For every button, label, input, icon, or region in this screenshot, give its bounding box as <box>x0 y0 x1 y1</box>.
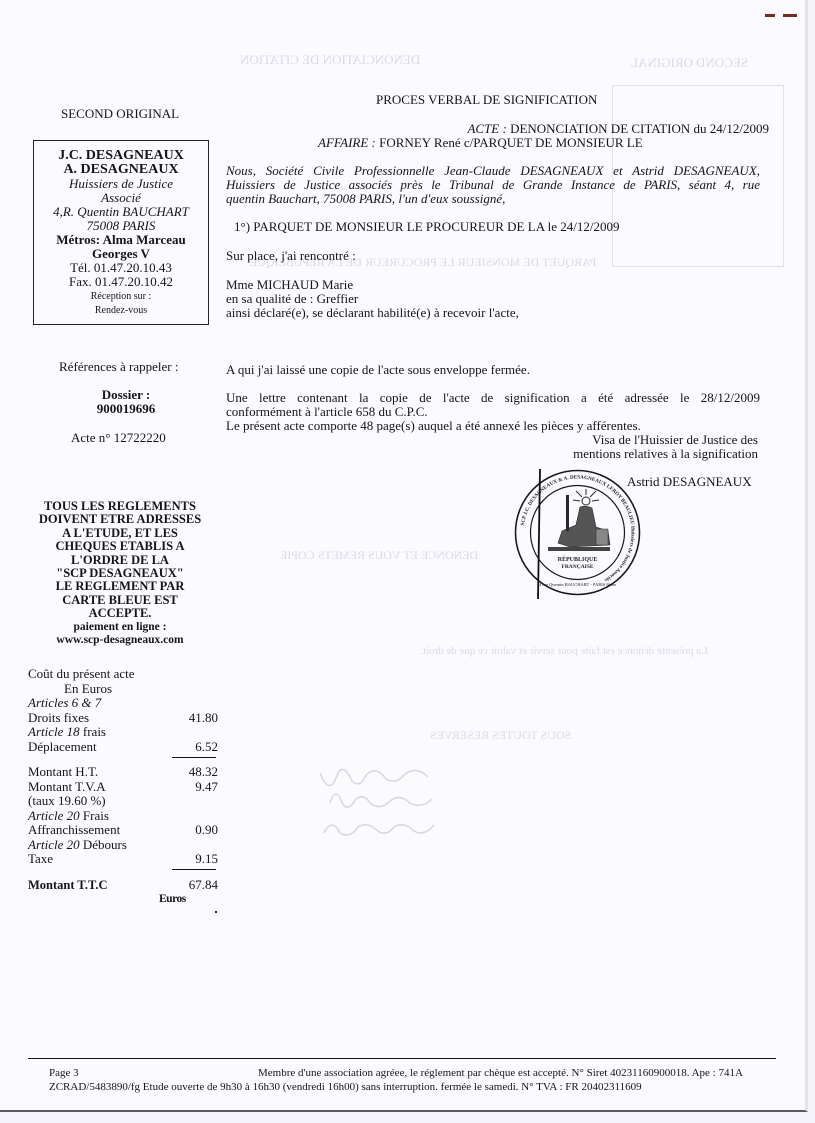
subtotal-rule <box>172 757 216 758</box>
office-name-1: J.C. DESAGNEAUX <box>34 149 208 163</box>
cost-row-value <box>168 794 218 809</box>
office-phone: Tél. 01.47.20.10.43 <box>34 261 208 275</box>
references-label: Références à rappeler : <box>59 360 178 374</box>
payment-notice-line: CHEQUES ETABLIS A <box>20 540 220 553</box>
pages-line: Le présent acte comporte 48 page(s) auqu… <box>226 419 760 433</box>
footer-rule <box>28 1058 776 1059</box>
recipient-declared: ainsi déclaré(e), se déclarant habilité(… <box>226 306 519 320</box>
visa-line: Visa de l'Huissier de Justice des <box>470 433 758 447</box>
corner-mark <box>765 14 775 17</box>
acte-number: Acte n° 12722220 <box>71 431 166 445</box>
payment-notice: TOUS LES REGLEMENTS DOIVENT ETRE ADRESSE… <box>20 500 220 647</box>
payment-notice-line: CARTE BLEUE EST <box>20 594 220 607</box>
cost-row-label: Déplacement <box>28 740 97 755</box>
footer-page: Page 3 <box>49 1067 79 1080</box>
handwritten-bleed-icon <box>300 755 600 845</box>
cost-row-label: Montant T.V.A <box>28 780 106 795</box>
online-payment-label: paiement en ligne : <box>20 621 220 634</box>
footer-line-1: Membre d'une association agréee, le régl… <box>258 1067 743 1080</box>
payment-notice-line: ACCEPTE. <box>20 607 220 620</box>
office-name-2: A. DESAGNEAUX <box>34 163 208 177</box>
cost-total-label: Montant T.T.C <box>28 878 108 893</box>
website-link[interactable]: www.scp-desagneaux.com <box>20 634 220 647</box>
cost-total-row: Montant T.T.C 67.84 <box>28 878 218 893</box>
recipient-person: Mme MICHAUD Marie <box>226 278 353 292</box>
total-rule <box>172 869 216 870</box>
cost-row: Article 18 frais <box>28 725 218 740</box>
signatory-name: Astrid DESAGNEAUX <box>627 475 752 489</box>
payment-notice-line: A L'ETUDE, ET LES <box>20 527 220 540</box>
intro-line: Huissiers de Justice associés près le Tr… <box>226 178 760 192</box>
visa-line: mentions relatives à la signification <box>470 447 758 461</box>
acte-label: ACTE : <box>467 121 506 136</box>
cost-row: Affranchissement0.90 <box>28 823 218 838</box>
office-associate: Associé <box>34 191 208 205</box>
footer-line-2: ZCRAD/5483890/fg Etude ouverte de 9h30 à… <box>49 1081 642 1094</box>
payment-notice-line: TOUS LES REGLEMENTS <box>20 500 220 513</box>
cost-row-article: Article 20 <box>28 808 80 823</box>
bleed-through-text: DENONCE ET VOUS REMETS COPIE <box>280 548 478 563</box>
cost-row: Article 20 Débours <box>28 838 218 853</box>
official-stamp-icon: SCP J.C. DESAGNEAUX & A. DESAGNEAUX LERO… <box>510 465 645 600</box>
dossier-number: 900019696 <box>76 402 176 416</box>
letter-line: conformément à l'article 658 du C.P.C. <box>226 405 760 419</box>
cost-row-label: Article 18 frais <box>28 725 106 740</box>
cost-currency: En Euros <box>28 682 218 697</box>
office-reception-label: Réception sur : <box>34 289 208 305</box>
cost-title: Coût du présent acte <box>28 667 218 682</box>
cost-row-value <box>168 696 218 711</box>
office-street: 4,R. Quentin BAUCHART <box>34 205 208 219</box>
cost-row: Article 20 Frais <box>28 809 218 824</box>
cost-row-label: Montant H.T. <box>28 765 98 780</box>
cost-row-label: (taux 19.60 %) <box>28 794 106 809</box>
letter-paragraph: Une lettre contenant la copie de l'acte … <box>226 391 760 433</box>
cost-row-value: 41.80 <box>168 711 218 726</box>
cost-row-value: 9.47 <box>168 780 218 795</box>
svg-text:4 rue Quentin BAUCHART - PARIS: 4 rue Quentin BAUCHART - PARIS 8ème <box>539 582 616 587</box>
cost-row: Droits fixes41.80 <box>28 711 218 726</box>
affaire-label: AFFAIRE : <box>318 135 376 150</box>
recipient-role: en sa qualité de : Greffier <box>226 292 358 306</box>
document-title: PROCES VERBAL DE SIGNIFICATION <box>376 93 597 107</box>
payment-notice-line: L'ORDRE DE LA <box>20 554 220 567</box>
acte-line: ACTE : DENONCIATION DE CITATION du 24/12… <box>250 122 769 136</box>
cost-row: Articles 6 & 7 <box>28 696 218 711</box>
office-profession: Huissiers de Justice <box>34 177 208 191</box>
cost-row-value: 48.32 <box>168 765 218 780</box>
cost-row-value: 9.15 <box>168 852 218 867</box>
cost-row-value <box>168 725 218 740</box>
cost-row-value <box>168 838 218 853</box>
cost-row-article: Articles 6 & 7 <box>28 695 101 710</box>
copy-label: SECOND ORIGINAL <box>61 107 179 121</box>
visa-block: Visa de l'Huissier de Justice des mentio… <box>470 433 758 461</box>
affaire-value: FORNEY René c/PARQUET DE MONSIEUR LE <box>379 135 643 150</box>
bleed-through-text: SOUS TOUTES RESERVES <box>430 728 571 743</box>
acte-value: DENONCIATION DE CITATION du 24/12/2009 <box>510 121 769 136</box>
affaire-line: AFFAIRE : FORNEY René c/PARQUET DE MONSI… <box>318 136 643 150</box>
cost-rows: Articles 6 & 7Droits fixes41.80Article 1… <box>28 696 218 867</box>
copy-left-statement: A qui j'ai laissé une copie de l'acte so… <box>226 363 530 377</box>
cost-row-value <box>168 809 218 824</box>
bleed-through-text: DENONCIATION DE CITATION <box>240 52 420 68</box>
cost-row: Taxe9.15 <box>28 852 218 867</box>
cost-row: Déplacement6.52 <box>28 740 218 755</box>
intro-paragraph: Nous, Société Civile Professionnelle Jea… <box>226 164 760 206</box>
payment-notice-line: DOIVENT ETRE ADRESSES <box>20 513 220 526</box>
cost-total-value: 67.84 <box>168 878 218 893</box>
cost-total-unit: Euros <box>28 892 218 907</box>
cost-table: Coût du présent acte En Euros Articles 6… <box>28 667 218 907</box>
svg-text:FRANÇAISE: FRANÇAISE <box>561 564 593 570</box>
office-reception-value: Rendez-vous <box>34 305 208 317</box>
office-info-box: J.C. DESAGNEAUX A. DESAGNEAUX Huissiers … <box>33 140 209 325</box>
cost-row-label: Articles 6 & 7 <box>28 696 101 711</box>
bleed-through-text: SECOND ORIGINAL <box>630 55 748 71</box>
cost-row-article: Article 20 <box>28 837 80 852</box>
intro-line: Nous, Société Civile Professionnelle Jea… <box>226 164 760 178</box>
cost-row-value: 0.90 <box>168 823 218 838</box>
bleed-through-text: La présente dénonce est faite pour servi… <box>420 645 708 657</box>
office-city: 75008 PARIS <box>34 219 208 233</box>
recipient-heading: 1°) PARQUET DE MONSIEUR LE PROCUREUR DE … <box>234 220 619 234</box>
svg-text:RÉPUBLIQUE: RÉPUBLIQUE <box>558 555 598 563</box>
corner-mark <box>783 14 797 17</box>
cost-row-label: Article 20 Frais <box>28 809 109 824</box>
met-label: Sur place, j'ai rencontré : <box>226 249 356 263</box>
dot-mark <box>215 911 217 913</box>
document-page: SECOND ORIGINAL DENONCIATION DE CITATION… <box>0 0 808 1112</box>
cost-row: (taux 19.60 %) <box>28 794 218 809</box>
cost-row-value: 6.52 <box>168 740 218 755</box>
cost-row-article: Article 18 <box>28 724 80 739</box>
cost-row-label: Article 20 Débours <box>28 838 127 853</box>
payment-notice-line: "SCP DESAGNEAUX" <box>20 567 220 580</box>
cost-row: Montant H.T.48.32 <box>28 765 218 780</box>
cost-row-label: Taxe <box>28 852 53 867</box>
cost-row: Montant T.V.A9.47 <box>28 780 218 795</box>
cost-row-label: Affranchissement <box>28 823 120 838</box>
office-metro: Métros: Alma Marceau <box>34 233 208 247</box>
office-metro-2: Georges V <box>34 247 208 261</box>
intro-line: quentin Bauchart, 75008 PARIS, l'un d'eu… <box>226 192 760 206</box>
office-fax: Fax. 01.47.20.10.42 <box>34 275 208 289</box>
dossier-label: Dossier : <box>76 388 176 402</box>
payment-notice-line: LE REGLEMENT PAR <box>20 580 220 593</box>
letter-line: Une lettre contenant la copie de l'acte … <box>226 391 760 405</box>
cost-row-label: Droits fixes <box>28 711 89 726</box>
